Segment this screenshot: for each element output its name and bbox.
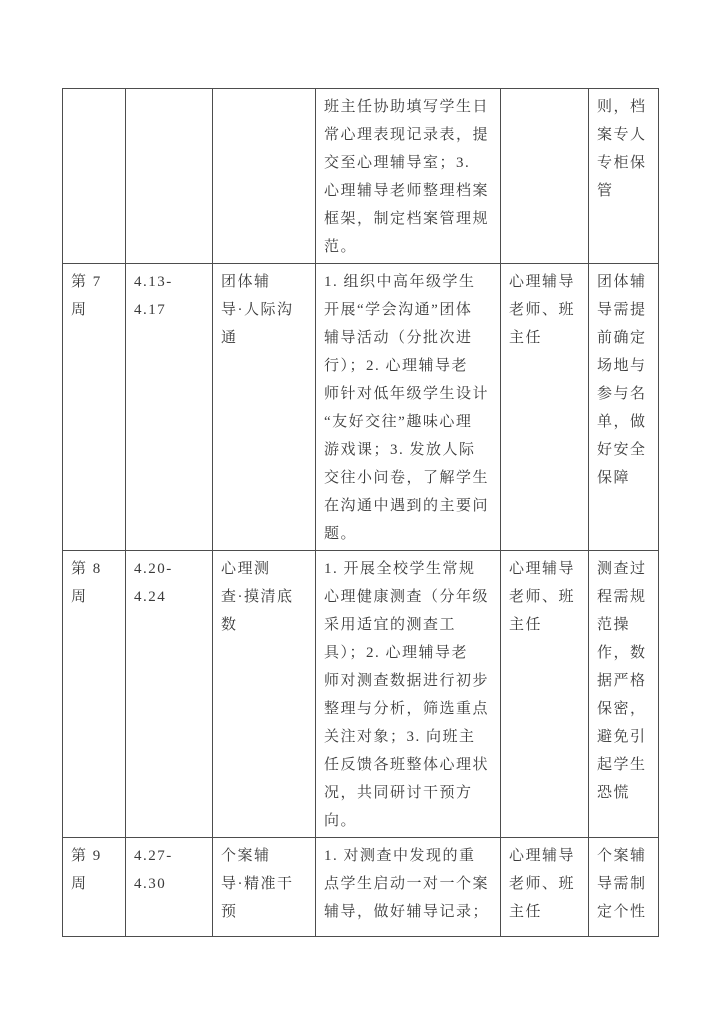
- theme-cell: 团体辅 导·人际沟 通: [213, 264, 316, 551]
- dates-cell: 4.13- 4.17: [126, 264, 213, 551]
- week-cell: 第 9 周: [63, 838, 126, 937]
- owners-cell: 心理辅导 老师、班 主任: [501, 551, 589, 838]
- owners-cell: 心理辅导 老师、班 主任: [501, 838, 589, 937]
- dates-cell: 4.20- 4.24: [126, 551, 213, 838]
- theme-cell: [213, 89, 316, 264]
- notes-cell: 团体辅 导需提 前确定 场地与 参与名 单，做 好安全 保障: [589, 264, 659, 551]
- tasks-cell: 1. 开展全校学生常规 心理健康测查（分年级 采用适宜的测查工 具）；2. 心理…: [316, 551, 501, 838]
- notes-cell: 个案辅 导需制 定个性: [589, 838, 659, 937]
- week-cell: 第 8 周: [63, 551, 126, 838]
- theme-cell: 个案辅 导·精准干 预: [213, 838, 316, 937]
- dates-cell: [126, 89, 213, 264]
- tasks-cell: 1. 组织中高年级学生 开展“学会沟通”团体 辅导活动（分批次进 行）；2. 心…: [316, 264, 501, 551]
- schedule-table: 班主任协助填写学生日 常心理表现记录表，提 交至心理辅导室；3. 心理辅导老师整…: [62, 88, 659, 937]
- theme-cell: 心理测 查·摸清底 数: [213, 551, 316, 838]
- table-row-week8: 第 8 周 4.20- 4.24 心理测 查·摸清底 数 1. 开展全校学生常规…: [63, 551, 659, 838]
- table-row-week7: 第 7 周 4.13- 4.17 团体辅 导·人际沟 通 1. 组织中高年级学生…: [63, 264, 659, 551]
- owners-cell: 心理辅导 老师、班 主任: [501, 264, 589, 551]
- week-cell: 第 7 周: [63, 264, 126, 551]
- notes-cell: 则，档 案专人 专柜保 管: [589, 89, 659, 264]
- table-row-week9: 第 9 周 4.27- 4.30 个案辅 导·精准干 预 1. 对测查中发现的重…: [63, 838, 659, 937]
- document-page: 班主任协助填写学生日 常心理表现记录表，提 交至心理辅导室；3. 心理辅导老师整…: [0, 0, 724, 1024]
- owners-cell: [501, 89, 589, 264]
- tasks-cell: 班主任协助填写学生日 常心理表现记录表，提 交至心理辅导室；3. 心理辅导老师整…: [316, 89, 501, 264]
- dates-cell: 4.27- 4.30: [126, 838, 213, 937]
- notes-cell: 测查过 程需规 范操 作，数 据严格 保密， 避免引 起学生 恐慌: [589, 551, 659, 838]
- week-cell: [63, 89, 126, 264]
- table-row-continued: 班主任协助填写学生日 常心理表现记录表，提 交至心理辅导室；3. 心理辅导老师整…: [63, 89, 659, 264]
- tasks-cell: 1. 对测查中发现的重 点学生启动一对一个案 辅导，做好辅导记录；: [316, 838, 501, 937]
